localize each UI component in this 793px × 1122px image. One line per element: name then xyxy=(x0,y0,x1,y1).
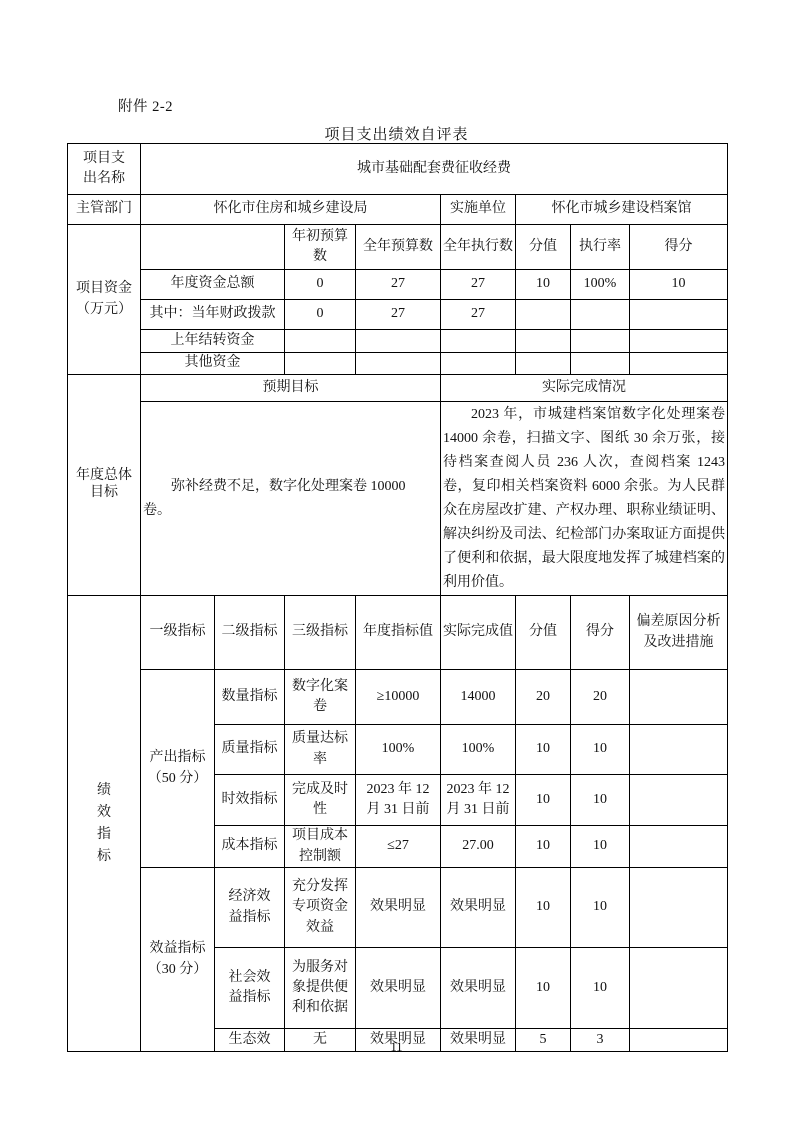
expected-goal-header-cell: 预期目标 xyxy=(141,375,441,402)
funds-value-cell: 10 xyxy=(516,270,571,300)
actual-completion-header-cell: 实际完成情况 xyxy=(441,375,728,402)
funds-section-label-cell: 项目资金 （万元） xyxy=(68,225,141,375)
indicator-level3-cell: 项目成本控制额 xyxy=(285,826,356,868)
goal-content-row: 弥补经费不足，数字化处理案卷 10000 卷。 2023 年，市城建档案馆数字化… xyxy=(68,402,728,596)
funds-value-cell: 10 xyxy=(630,270,728,300)
indicator-score-cell: 10 xyxy=(571,775,630,826)
funds-value-cell: 27 xyxy=(356,300,441,330)
funds-row-carryover: 上年结转资金 xyxy=(68,330,728,353)
document-page: 附件 2-2 项目支出绩效自评表 项目支 出名称 城市基础配套费征收经费 主管部… xyxy=(0,0,793,1122)
funds-row-label: 年度资金总额 xyxy=(141,270,285,300)
indicator-level3-cell: 为服务对象提供便利和依据 xyxy=(285,948,356,1029)
indicator-level2-cell: 时效指标 xyxy=(215,775,285,826)
funds-value-cell: 27 xyxy=(356,270,441,300)
indicator-col-header-actual: 实际完成值 xyxy=(441,596,516,670)
funds-col-header-score: 得分 xyxy=(630,225,728,270)
funds-value-cell xyxy=(571,300,630,330)
indicator-col-header-score-value: 分值 xyxy=(516,596,571,670)
indicator-score-max-cell: 10 xyxy=(516,775,571,826)
funds-value-cell xyxy=(516,330,571,353)
funds-value-cell: 27 xyxy=(441,300,516,330)
indicator-level3-cell: 质量达标率 xyxy=(285,725,356,775)
funds-row-label: 其他资金 xyxy=(141,353,285,375)
indicator-level2-cell: 经济效 益指标 xyxy=(215,868,285,948)
indicator-deviation-cell xyxy=(630,775,728,826)
indicator-deviation-cell xyxy=(630,826,728,868)
funds-col-header-score-value: 分值 xyxy=(516,225,571,270)
funds-value-cell xyxy=(630,330,728,353)
indicator-level2-cell: 质量指标 xyxy=(215,725,285,775)
funds-row-other: 其他资金 xyxy=(68,353,728,375)
funds-col-header-initial-budget: 年初预算数 xyxy=(285,225,356,270)
funds-header-row: 项目资金 （万元） 年初预算数 全年预算数 全年执行数 分值 执行率 得分 xyxy=(68,225,728,270)
indicator-group-benefit-cell: 效益指标 （30 分） xyxy=(141,868,215,1052)
funds-row-label: 其中：当年财政拨款 xyxy=(141,300,285,330)
indicator-deviation-cell xyxy=(630,725,728,775)
indicator-level3-cell: 充分发挥专项资金效益 xyxy=(285,868,356,948)
project-name-row: 项目支 出名称 城市基础配套费征收经费 xyxy=(68,144,728,195)
impl-unit-label-cell: 实施单位 xyxy=(441,195,516,225)
indicator-group-output-cell: 产出指标 （50 分） xyxy=(141,670,215,868)
project-name-label-cell: 项目支 出名称 xyxy=(68,144,141,195)
indicator-actual-cell: 2023 年 12 月 31 日前 xyxy=(441,775,516,826)
project-name-value-cell: 城市基础配套费征收经费 xyxy=(141,144,728,195)
indicator-target-cell: 效果明显 xyxy=(356,868,441,948)
indicator-target-cell: 2023 年 12 月 31 日前 xyxy=(356,775,441,826)
indicator-score-max-cell: 10 xyxy=(516,868,571,948)
funds-value-cell xyxy=(356,330,441,353)
funds-value-cell: 100% xyxy=(571,270,630,300)
funds-value-cell: 0 xyxy=(285,270,356,300)
indicator-deviation-cell xyxy=(630,670,728,725)
indicator-score-cell: 10 xyxy=(571,725,630,775)
indicator-target-cell: ≤27 xyxy=(356,826,441,868)
indicator-actual-cell: 效果明显 xyxy=(441,868,516,948)
indicator-col-header-level3: 三级指标 xyxy=(285,596,356,670)
indicator-col-header-target: 年度指标值 xyxy=(356,596,441,670)
funds-value-cell xyxy=(571,353,630,375)
indicator-score-max-cell: 10 xyxy=(516,826,571,868)
funds-value-cell xyxy=(441,330,516,353)
indicator-score-max-cell: 10 xyxy=(516,725,571,775)
funds-value-cell xyxy=(441,353,516,375)
indicator-score-max-cell: 10 xyxy=(516,948,571,1029)
funds-empty-corner-cell xyxy=(141,225,285,270)
indicator-level3-cell: 数字化案卷 xyxy=(285,670,356,725)
funds-value-cell xyxy=(356,353,441,375)
funds-value-cell xyxy=(516,300,571,330)
indicator-score-cell: 10 xyxy=(571,826,630,868)
goal-header-row: 年度总体 目标 预期目标 实际完成情况 xyxy=(68,375,728,402)
expected-goal-text: 弥补经费不足，数字化处理案卷 10000 卷。 xyxy=(143,475,438,523)
indicator-score-cell: 10 xyxy=(571,868,630,948)
indicator-deviation-cell xyxy=(630,868,728,948)
indicator-col-header-level1: 一级指标 xyxy=(141,596,215,670)
indicator-target-cell: 效果明显 xyxy=(356,948,441,1029)
self-evaluation-table: 项目支 出名称 城市基础配套费征收经费 主管部门 怀化市住房和城乡建设局 实施单… xyxy=(67,143,728,1052)
dept-label-cell: 主管部门 xyxy=(68,195,141,225)
indicator-score-max-cell: 20 xyxy=(516,670,571,725)
indicator-row-quantity: 产出指标 （50 分） 数量指标 数字化案卷 ≥10000 14000 20 2… xyxy=(68,670,728,725)
funds-value-cell xyxy=(630,300,728,330)
funds-row-total: 年度资金总额 0 27 27 10 100% 10 xyxy=(68,270,728,300)
funds-value-cell xyxy=(630,353,728,375)
actual-completion-text: 2023 年，市城建档案馆数字化处理案卷 14000 余卷，扫描文字、图纸 30… xyxy=(443,403,725,595)
indicator-col-header-deviation: 偏差原因分析及改进措施 xyxy=(630,596,728,670)
funds-value-cell xyxy=(516,353,571,375)
indicator-score-cell: 20 xyxy=(571,670,630,725)
indicator-actual-cell: 100% xyxy=(441,725,516,775)
indicator-actual-cell: 效果明显 xyxy=(441,948,516,1029)
goal-section-label-cell: 年度总体 目标 xyxy=(68,375,141,596)
funds-value-cell xyxy=(571,330,630,353)
indicator-deviation-cell xyxy=(630,948,728,1029)
perf-section-label: 绩效指标 xyxy=(97,780,112,868)
funds-value-cell: 0 xyxy=(285,300,356,330)
dept-value-cell: 怀化市住房和城乡建设局 xyxy=(141,195,441,225)
funds-row-label: 上年结转资金 xyxy=(141,330,285,353)
indicator-target-cell: 100% xyxy=(356,725,441,775)
page-number: 11 xyxy=(0,1040,793,1055)
indicator-level2-cell: 数量指标 xyxy=(215,670,285,725)
indicator-col-header-level2: 二级指标 xyxy=(215,596,285,670)
indicator-col-header-score: 得分 xyxy=(571,596,630,670)
indicator-row-economic: 效益指标 （30 分） 经济效 益指标 充分发挥专项资金效益 效果明显 效果明显… xyxy=(68,868,728,948)
actual-completion-cell: 2023 年，市城建档案馆数字化处理案卷 14000 余卷，扫描文字、图纸 30… xyxy=(441,402,728,596)
funds-col-header-annual-budget: 全年预算数 xyxy=(356,225,441,270)
funds-row-fiscal-allocation: 其中：当年财政拨款 0 27 27 xyxy=(68,300,728,330)
funds-col-header-annual-execution: 全年执行数 xyxy=(441,225,516,270)
indicator-target-cell: ≥10000 xyxy=(356,670,441,725)
attachment-label: 附件 2-2 xyxy=(118,95,173,116)
indicator-level2-cell: 社会效 益指标 xyxy=(215,948,285,1029)
funds-value-cell: 27 xyxy=(441,270,516,300)
document-title: 项目支出绩效自评表 xyxy=(0,123,793,144)
indicator-score-cell: 10 xyxy=(571,948,630,1029)
department-row: 主管部门 怀化市住房和城乡建设局 实施单位 怀化市城乡建设档案馆 xyxy=(68,195,728,225)
perf-section-label-cell: 绩效指标 xyxy=(68,596,141,1052)
expected-goal-cell: 弥补经费不足，数字化处理案卷 10000 卷。 xyxy=(141,402,441,596)
impl-unit-value-cell: 怀化市城乡建设档案馆 xyxy=(516,195,728,225)
indicator-actual-cell: 27.00 xyxy=(441,826,516,868)
funds-value-cell xyxy=(285,330,356,353)
indicator-level3-cell: 完成及时性 xyxy=(285,775,356,826)
funds-col-header-execution-rate: 执行率 xyxy=(571,225,630,270)
indicator-level2-cell: 成本指标 xyxy=(215,826,285,868)
indicator-header-row: 绩效指标 一级指标 二级指标 三级指标 年度指标值 实际完成值 分值 得分 偏差… xyxy=(68,596,728,670)
funds-value-cell xyxy=(285,353,356,375)
indicator-actual-cell: 14000 xyxy=(441,670,516,725)
